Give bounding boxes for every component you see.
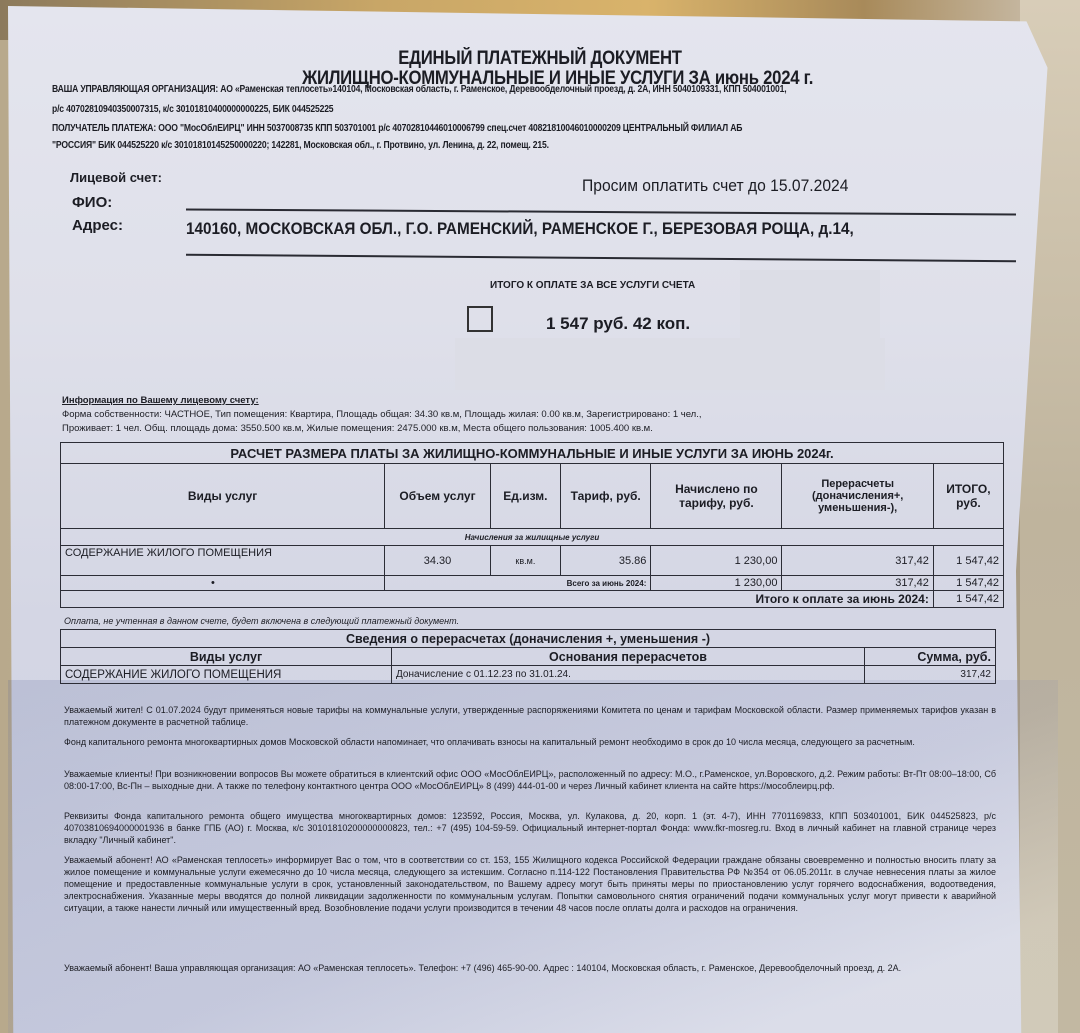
- redacted-area-2: [740, 270, 880, 350]
- cell-accrued: 1 230,00: [651, 546, 782, 576]
- subtotal-recalc: 317,42: [782, 576, 933, 591]
- cell-volume: 34.30: [385, 546, 491, 576]
- notice-new-tariffs: Уважаемый жител! С 01.07.2024 будут прим…: [64, 704, 996, 728]
- notice-management-contacts: Уважаемый абонент! Ваша управляющая орга…: [64, 962, 996, 974]
- address-label: Адрес:: [72, 217, 123, 234]
- account-info-line-1: Форма собственности: ЧАСТНОЕ, Тип помеще…: [62, 409, 702, 420]
- recalc-col-service: Виды услуг: [61, 648, 392, 666]
- charges-table-header-row: Виды услуг Объем услуг Ед.изм. Тариф, ру…: [61, 464, 1004, 529]
- subtotal-label: Всего за июнь 2024:: [385, 576, 651, 591]
- charges-calculation-table: РАСЧЕТ РАЗМЕРА ПЛАТЫ ЗА ЖИЛИЩНО-КОММУНАЛ…: [60, 442, 1004, 608]
- recalc-col-reason: Основания перерасчетов: [392, 648, 865, 666]
- grand-total-value: 1 547,42: [933, 591, 1003, 608]
- recalc-cell-reason: Доначисление с 01.12.23 по 31.01.24.: [392, 666, 865, 684]
- account-info-title: Информация по Вашему лицевому счету:: [62, 395, 259, 406]
- account-label: Лицевой счет:: [70, 170, 162, 185]
- notice-fund-requisites: Реквизиты Фонда капитального ремонта общ…: [64, 810, 996, 846]
- payment-checkbox[interactable]: [467, 306, 493, 332]
- recalc-col-sum: Сумма, руб.: [865, 648, 996, 666]
- cell-service: СОДЕРЖАНИЕ ЖИЛОГО ПОМЕЩЕНИЯ: [61, 546, 385, 576]
- subtotal-total: 1 547,42: [933, 576, 1003, 591]
- col-header-accrued: Начислено по тарифу, руб.: [651, 464, 782, 529]
- payment-recipient-line-1: ПОЛУЧАТЕЛЬ ПЛАТЕЖА: ООО "МосОблЕИРЦ" ИНН…: [52, 123, 742, 134]
- table-row: СОДЕРЖАНИЕ ЖИЛОГО ПОМЕЩЕНИЯ Доначисление…: [61, 666, 996, 684]
- total-due-header: ИТОГО К ОПЛАТЕ ЗА ВСЕ УСЛУГИ СЧЕТА: [490, 280, 695, 291]
- recalculation-table: Сведения о перерасчетах (доначисления +,…: [60, 629, 996, 684]
- recalc-cell-sum: 317,42: [865, 666, 996, 684]
- subtotal-marker: •: [61, 576, 385, 591]
- document-title: ЕДИНЫЙ ПЛАТЕЖНЫЙ ДОКУМЕНТ: [65, 48, 1015, 70]
- col-header-unit: Ед.изм.: [490, 464, 560, 529]
- grand-total-label: Итого к оплате за июнь 2024:: [61, 591, 934, 608]
- col-header-tariff: Тариф, руб.: [560, 464, 650, 529]
- charges-table-caption: РАСЧЕТ РАЗМЕРА ПЛАТЫ ЗА ЖИЛИЩНО-КОММУНАЛ…: [61, 443, 1004, 464]
- subtotal-row: • Всего за июнь 2024: 1 230,00 317,42 1 …: [61, 576, 1004, 591]
- pay-until-notice: Просим оплатить счет до 15.07.2024: [582, 176, 848, 196]
- grand-total-row: Итого к оплате за июнь 2024: 1 547,42: [61, 591, 1004, 608]
- cell-unit: кв.м.: [490, 546, 560, 576]
- recalc-table-caption: Сведения о перерасчетах (доначисления +,…: [61, 630, 996, 648]
- subtotal-accrued: 1 230,00: [651, 576, 782, 591]
- cell-tariff: 35.86: [560, 546, 650, 576]
- table-row: СОДЕРЖАНИЕ ЖИЛОГО ПОМЕЩЕНИЯ 34.30 кв.м. …: [61, 546, 1004, 576]
- total-due-amount: 1 547 руб. 42 коп.: [546, 314, 690, 334]
- management-org-line-1: ВАША УПРАВЛЯЮЩАЯ ОРГАНИЗАЦИЯ: АО «Раменс…: [52, 84, 786, 95]
- address-value: 140160, МОСКОВСКАЯ ОБЛ., Г.О. РАМЕНСКИЙ,…: [186, 219, 854, 239]
- management-org-line-2: р/с 40702810940350007315, к/с 3010181040…: [52, 104, 333, 115]
- payment-recipient-line-2: "РОССИЯ" БИК 044525220 к/с 3010181014525…: [52, 140, 549, 151]
- notice-capital-repair: Фонд капитального ремонта многоквартирны…: [64, 736, 996, 748]
- recalc-header-row: Виды услуг Основания перерасчетов Сумма,…: [61, 648, 996, 666]
- notice-payment-obligations: Уважаемый абонент! АО «Раменская теплосе…: [64, 854, 996, 914]
- col-header-recalc: Перерасчеты (доначисления+, уменьшения-)…: [782, 464, 933, 529]
- section-housing-services: Начисления за жилищные услуги: [61, 529, 1004, 546]
- account-info-line-2: Проживает: 1 чел. Общ. площадь дома: 355…: [62, 423, 653, 434]
- col-header-service: Виды услуг: [61, 464, 385, 529]
- fio-label: ФИО:: [72, 194, 112, 211]
- col-header-total: ИТОГО, руб.: [933, 464, 1003, 529]
- col-header-volume: Объем услуг: [385, 464, 491, 529]
- unaccounted-payment-note: Оплата, не учтенная в данном счете, буде…: [64, 616, 459, 626]
- notice-client-office: Уважаемые клиенты! При возникновении воп…: [64, 768, 996, 792]
- recalc-cell-service: СОДЕРЖАНИЕ ЖИЛОГО ПОМЕЩЕНИЯ: [61, 666, 392, 684]
- cell-recalc: 317,42: [782, 546, 933, 576]
- cell-total: 1 547,42: [933, 546, 1003, 576]
